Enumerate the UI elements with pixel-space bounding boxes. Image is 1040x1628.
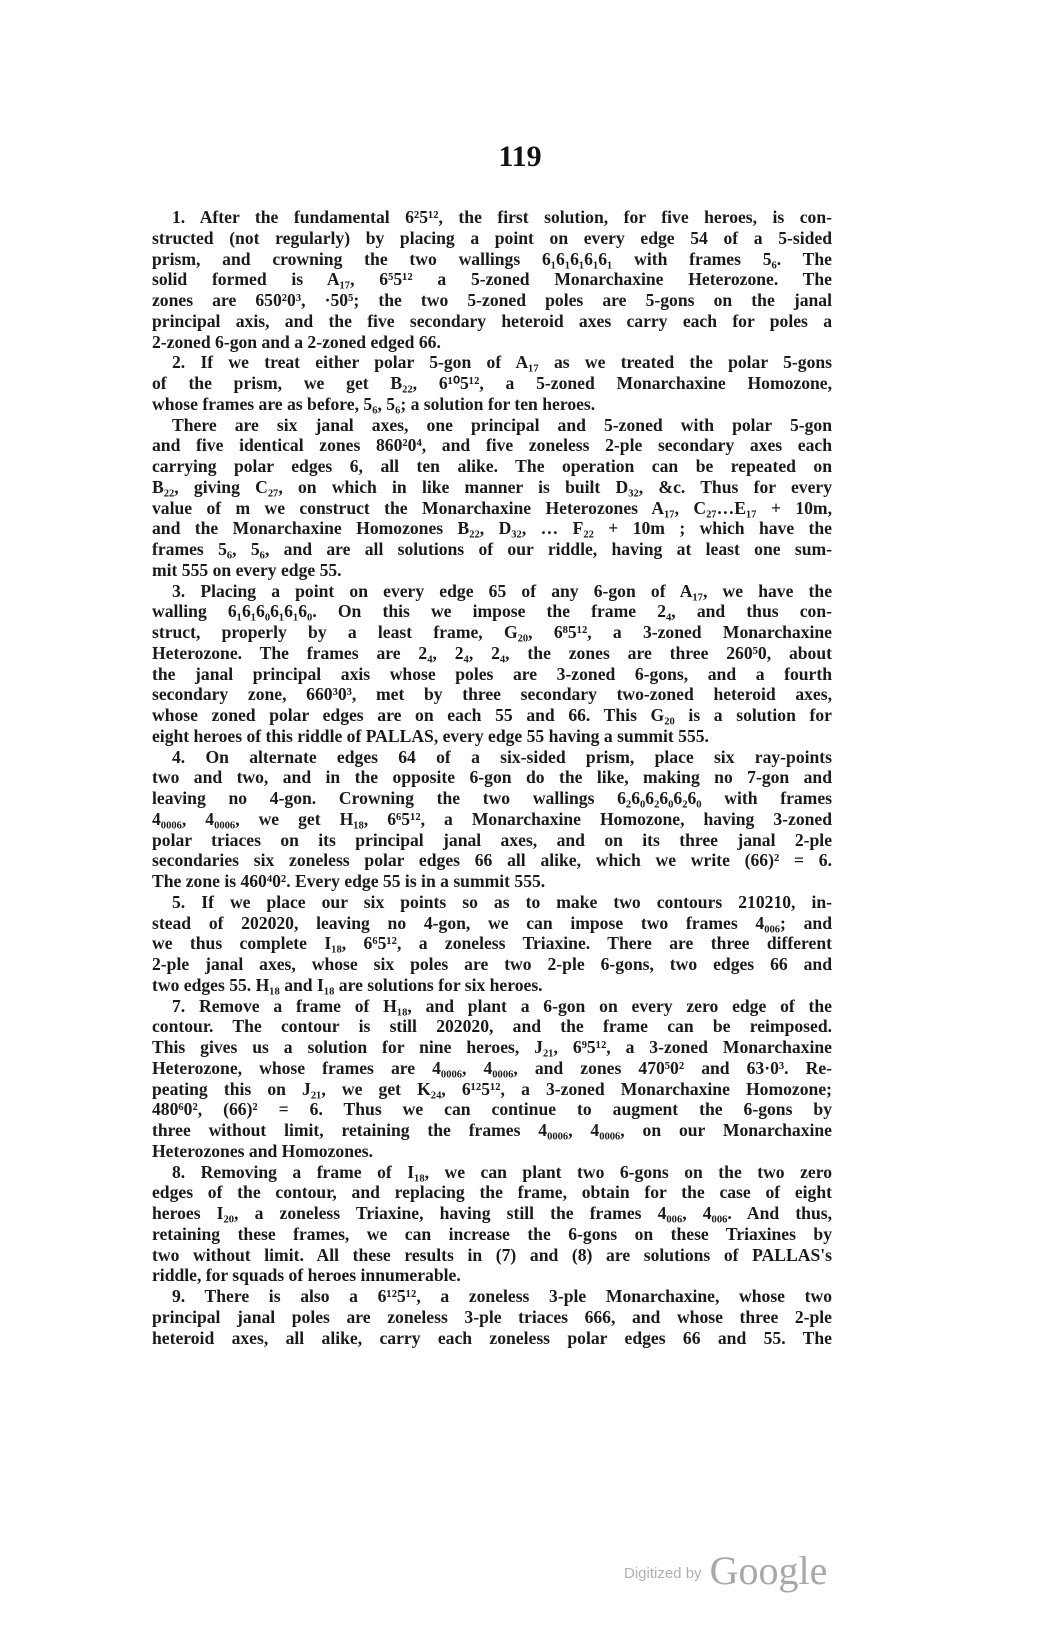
digitized-by-google-watermark: Digitized by Google	[624, 1547, 827, 1594]
text-line: 3. Placing a point on every edge 65 of a…	[152, 581, 832, 602]
text-line: edges of the contour, and replacing the …	[152, 1182, 832, 1203]
text-line: 5. If we place our six points so as to m…	[152, 892, 832, 913]
text-line: secondary zone, 660³0³, met by three sec…	[152, 684, 832, 705]
text-line: two and two, and in the opposite 6-gon d…	[152, 767, 832, 788]
text-line: 7. Remove a frame of H₁₈, and plant a 6-…	[152, 996, 832, 1017]
page-number: 119	[0, 140, 1040, 174]
text-line: walling 6₁6₁6₀6₁6₁6₀. On this we impose …	[152, 601, 832, 622]
text-line: 2-zoned 6-gon and a 2-zoned edged 66.	[152, 332, 832, 353]
text-line: heroes I₂₀, a zoneless Triaxine, having …	[152, 1203, 832, 1224]
text-line: struct, properly by a least frame, G₂₀, …	[152, 622, 832, 643]
text-line: This gives us a solution for nine heroes…	[152, 1037, 832, 1058]
google-logo: Google	[710, 1548, 828, 1593]
text-line: value of m we construct the Monarchaxine…	[152, 498, 832, 519]
text-line: and the Monarchaxine Homozones B₂₂, D₃₂,…	[152, 518, 832, 539]
digitized-by-label: Digitized by	[624, 1565, 702, 1582]
text-line: two without limit. All these results in …	[152, 1245, 832, 1266]
text-line: principal axis, and the five secondary h…	[152, 311, 832, 332]
text-line: secondaries six zoneless polar edges 66 …	[152, 850, 832, 871]
text-line: 9. There is also a 6¹²5¹², a zoneless 3-…	[152, 1286, 832, 1307]
text-line: polar triaces on its principal janal axe…	[152, 830, 832, 851]
text-line: 2. If we treat either polar 5-gon of A₁₇…	[152, 352, 832, 373]
text-line: mit 555 on every edge 55.	[152, 560, 832, 581]
text-line: retaining these frames, we can increase …	[152, 1224, 832, 1245]
text-line: leaving no 4-gon. Crowning the two walli…	[152, 788, 832, 809]
text-line: zones are 650²0³, ·50⁵; the two 5-zoned …	[152, 290, 832, 311]
text-line: stead of 202020, leaving no 4-gon, we ca…	[152, 913, 832, 934]
text-line: peating this on J₂₁, we get K₂₄, 6¹²5¹²,…	[152, 1079, 832, 1100]
text-line: frames 5₆, 5₆, and are all solutions of …	[152, 539, 832, 560]
text-line: 8. Removing a frame of I₁₈, we can plant…	[152, 1162, 832, 1183]
text-line: structed (not regularly) by placing a po…	[152, 228, 832, 249]
text-line: whose zoned polar edges are on each 55 a…	[152, 705, 832, 726]
text-line: solid formed is A₁₇, 6⁵5¹² a 5-zoned Mon…	[152, 269, 832, 290]
text-line: heteroid axes, all alike, carry each zon…	[152, 1328, 832, 1349]
text-line: 480⁶0², (66)² = 6. Thus we can continue …	[152, 1099, 832, 1120]
text-line: 1. After the fundamental 6²5¹², the firs…	[152, 207, 832, 228]
text-line: three without limit, retaining the frame…	[152, 1120, 832, 1141]
text-line: prism, and crowning the two wallings 6₁6…	[152, 249, 832, 270]
body-text: 1. After the fundamental 6²5¹², the firs…	[152, 207, 832, 1348]
text-line: carrying polar edges 6, all ten alike. T…	[152, 456, 832, 477]
text-line: B₂₂, giving C₂₇, on which in like manner…	[152, 477, 832, 498]
text-line: 4. On alternate edges 64 of a six-sided …	[152, 747, 832, 768]
text-line: two edges 55. H₁₈ and I₁₈ are solutions …	[152, 975, 832, 996]
text-line: 4₀₀₀₆, 4₀₀₀₆, we get H₁₈, 6⁶5¹², a Monar…	[152, 809, 832, 830]
text-line: and five identical zones 860²0⁴, and fiv…	[152, 435, 832, 456]
text-line: There are six janal axes, one principal …	[152, 415, 832, 436]
text-line: 2-ple janal axes, whose six poles are tw…	[152, 954, 832, 975]
text-line: of the prism, we get B₂₂, 6¹⁰5¹², a 5-zo…	[152, 373, 832, 394]
text-line: riddle, for squads of heroes innumerable…	[152, 1265, 832, 1286]
text-line: The zone is 460⁴0². Every edge 55 is in …	[152, 871, 832, 892]
text-line: whose frames are as before, 5₆, 5₆; a so…	[152, 394, 832, 415]
text-line: contour. The contour is still 202020, an…	[152, 1016, 832, 1037]
text-line: principal janal poles are zoneless 3-ple…	[152, 1307, 832, 1328]
text-line: Heterozones and Homozones.	[152, 1141, 832, 1162]
text-line: eight heroes of this riddle of PALLAS, e…	[152, 726, 832, 747]
text-line: we thus complete I₁₈, 6⁶5¹², a zoneless …	[152, 933, 832, 954]
text-line: Heterozone. The frames are 2₄, 2₄, 2₄, t…	[152, 643, 832, 664]
text-line: Heterozone, whose frames are 4₀₀₀₆, 4₀₀₀…	[152, 1058, 832, 1079]
text-line: the janal principal axis whose poles are…	[152, 664, 832, 685]
